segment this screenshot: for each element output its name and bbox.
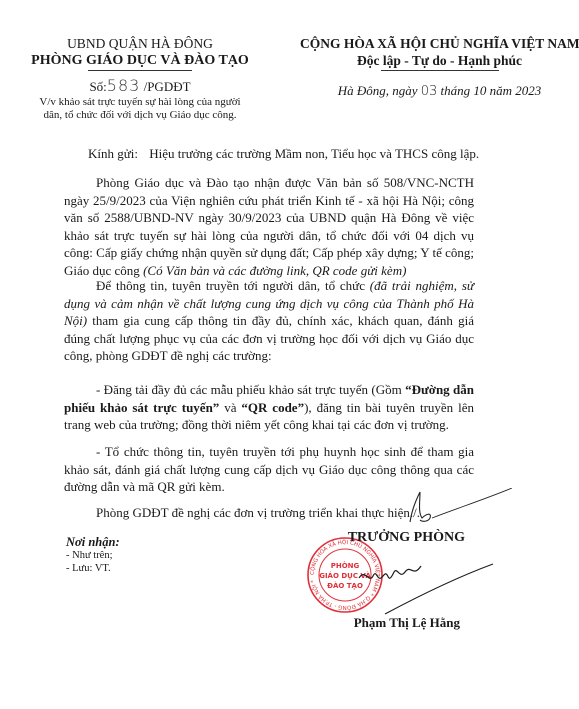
recipient-item: - Lưu: VT.	[66, 562, 120, 575]
date-month-year: tháng 10 năm 2023	[441, 83, 542, 98]
recipient-value: Hiệu trưởng các trường Mầm non, Tiểu học…	[149, 146, 479, 161]
subject-line-1: V/v khảo sát trực tuyến sự hài lòng của …	[20, 96, 260, 109]
header-left-divider	[88, 70, 192, 71]
p3-text-mid: và	[219, 400, 241, 415]
handwritten-signature	[355, 548, 495, 618]
body-paragraph-3: - Đăng tải đầy đủ các mẫu phiếu khảo sát…	[64, 381, 474, 434]
body-paragraph-2: Để thông tin, tuyên truyền tới người dân…	[64, 277, 474, 365]
national-motto-block: CỘNG HÒA XÃ HỘI CHỦ NGHĨA VIỆT NAM Độc l…	[300, 36, 579, 71]
doc-number-suffix: /PGDĐT	[144, 79, 191, 94]
recipients-title: Nơi nhận:	[66, 535, 120, 549]
recipient-label: Kính gửi:	[88, 146, 138, 161]
p1-italic: (Có Văn bản và các đường link, QR code g…	[143, 263, 406, 278]
signatory-title: TRƯỞNG PHÒNG	[345, 530, 465, 546]
signer-name: Phạm Thị Lệ Hằng	[340, 615, 460, 631]
date-prefix: Hà Đông, ngày	[338, 83, 418, 98]
recipient-item: - Như trên;	[66, 549, 120, 562]
office-name: PHÒNG GIÁO DỤC VÀ ĐÀO TẠO	[20, 52, 260, 69]
p3-bold-qr-label: “QR code”	[241, 400, 304, 415]
recipient-line: Kính gửi: Hiệu trưởng các trường Mầm non…	[88, 146, 479, 162]
body-paragraph-1: Phòng Giáo dục và Đào tạo nhận được Văn …	[64, 174, 474, 279]
national-title: CỘNG HÒA XÃ HỘI CHỦ NGHĨA VIỆT NAM	[300, 36, 579, 52]
p2-text-b: tham gia cung cấp thông tin đầy đủ, chín…	[64, 313, 474, 363]
authority-name: UBND QUẬN HÀ ĐÔNG	[20, 36, 260, 52]
doc-number-prefix: Số:	[89, 79, 106, 94]
national-motto: Độc lập - Tự do - Hạnh phúc	[300, 52, 579, 69]
document-number: Số:583 /PGDĐT	[20, 78, 260, 95]
document-subject: V/v khảo sát trực tuyến sự hài lòng của …	[20, 96, 260, 122]
p2-text-a: Để thông tin, tuyên truyền tới người dân…	[96, 278, 370, 293]
p3-text-a: - Đăng tải đầy đủ các mẫu phiếu khảo sát…	[96, 382, 405, 397]
date-day: 03	[421, 84, 438, 99]
recipients-list: Nơi nhận: - Như trên; - Lưu: VT.	[66, 535, 120, 575]
subject-line-2: dân, tổ chức đối với dịch vụ Giáo dục cô…	[20, 109, 260, 122]
document-date: Hà Đông, ngày 03 tháng 10 năm 2023	[300, 83, 579, 99]
initials-scribble	[398, 488, 518, 528]
issuing-authority-block: UBND QUẬN HÀ ĐÔNG PHÒNG GIÁO DỤC VÀ ĐÀO …	[20, 36, 260, 71]
header-right-divider	[381, 70, 499, 71]
doc-number-handwritten: 583	[107, 76, 141, 95]
